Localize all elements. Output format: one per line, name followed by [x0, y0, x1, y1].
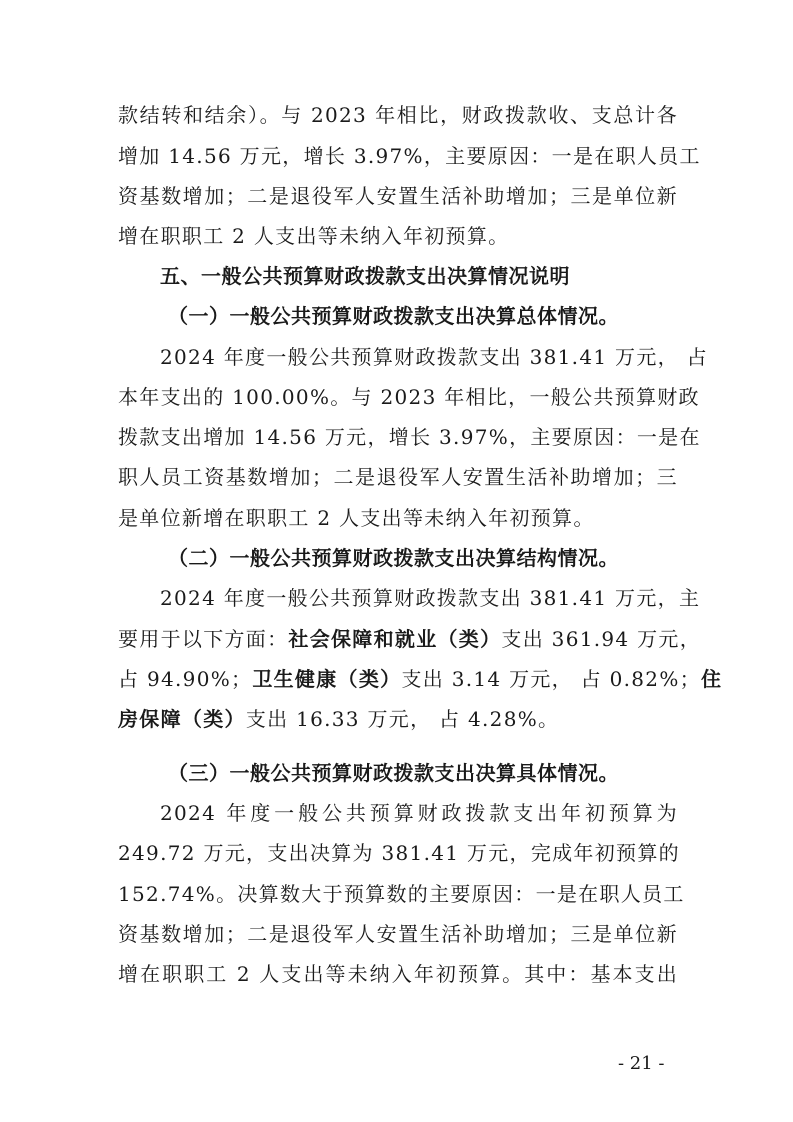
- subsection-heading-1: （一）一般公共预算财政拨款支出决算总体情况。: [168, 303, 668, 329]
- text: 要用于以下方面：: [118, 627, 288, 651]
- subsection-heading-2: （二）一般公共预算财政拨款支出决算结构情况。: [168, 545, 668, 571]
- paragraph-line: 要用于以下方面：社会保障和就业（类）支出 361.94 万元，: [118, 626, 678, 652]
- paragraph-line: 是单位新增在职职工 2 人支出等未纳入年初预算。: [118, 505, 678, 531]
- paragraph-line: 增加 14.56 万元，增长 3.97%，主要原因：一是在职人员工: [118, 143, 678, 169]
- page-number: - 21 -: [618, 1053, 665, 1074]
- paragraph-line: 本年支出的 100.00%。与 2023 年相比，一般公共预算财政: [118, 384, 678, 410]
- text: 支出 361.94 万元，: [501, 627, 701, 651]
- paragraph-line: 房保障（类）支出 16.33 万元， 占 4.28%。: [118, 706, 678, 732]
- text: 支出 16.33 万元， 占 4.28%。: [246, 707, 560, 731]
- category-housing-start: 住: [701, 667, 722, 691]
- paragraph-line: 2024 年度一般公共预算财政拨款支出 381.41 万元，主: [160, 585, 678, 611]
- paragraph-line: 152.74%。决算数大于预算数的主要原因：一是在职人员工: [118, 881, 678, 907]
- text: 占 94.90%；: [118, 667, 252, 691]
- paragraph-line: 资基数增加；二是退役军人安置生活补助增加；三是单位新: [118, 183, 678, 209]
- paragraph-line: 职人员工资基数增加；二是退役军人安置生活补助增加；三: [118, 464, 678, 490]
- section-heading: 五、一般公共预算财政拨款支出决算情况说明: [160, 263, 640, 289]
- paragraph-line: 249.72 万元，支出决算为 381.41 万元，完成年初预算的: [118, 840, 678, 866]
- paragraph-line: 拨款支出增加 14.56 万元，增长 3.97%，主要原因：一是在: [118, 424, 678, 450]
- paragraph-line: 增在职职工 2 人支出等未纳入年初预算。: [118, 223, 678, 249]
- paragraph-line: 占 94.90%；卫生健康（类）支出 3.14 万元， 占 0.82%；住: [118, 666, 678, 692]
- category-social-security: 社会保障和就业（类）: [288, 627, 501, 651]
- category-health: 卫生健康（类）: [252, 667, 401, 691]
- category-housing: 房保障（类）: [118, 707, 246, 731]
- text: 支出 3.14 万元， 占 0.82%；: [401, 667, 701, 691]
- paragraph-line: 资基数增加；二是退役军人安置生活补助增加；三是单位新: [118, 921, 678, 947]
- subsection-heading-3: （三）一般公共预算财政拨款支出决算具体情况。: [168, 760, 668, 786]
- paragraph-line: 2024 年度一般公共预算财政拨款支出 381.41 万元， 占: [160, 344, 678, 370]
- paragraph-line: 款结转和结余）。与 2023 年相比，财政拨款收、支总计各: [118, 102, 678, 128]
- paragraph-line: 增在职职工 2 人支出等未纳入年初预算。其中：基本支出: [118, 961, 678, 987]
- paragraph-line: 2024 年度一般公共预算财政拨款支出年初预算为: [160, 800, 678, 826]
- document-page: 款结转和结余）。与 2023 年相比，财政拨款收、支总计各 增加 14.56 万…: [0, 0, 793, 1122]
